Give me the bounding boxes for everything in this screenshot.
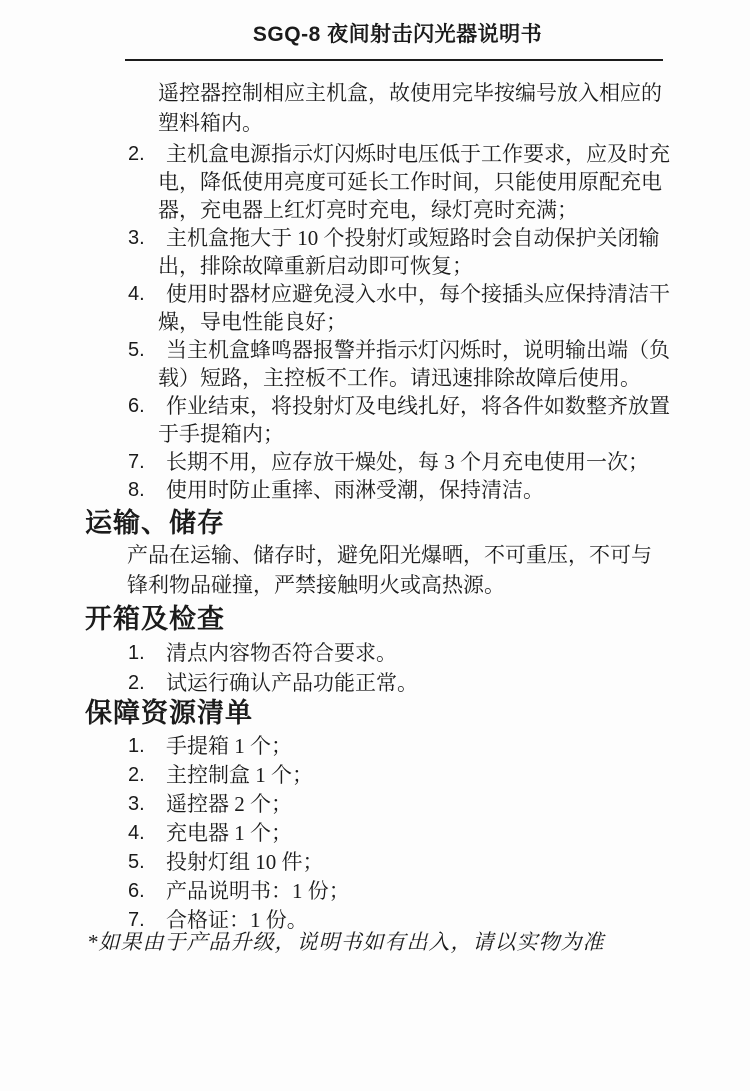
list-item: 4. 使用时器材应避免浸入水中，每个接插头应保持清洁干燥，导电性能良好； (158, 280, 670, 336)
list-item: 4. 充电器 1 个； (158, 819, 670, 848)
list-item: 8. 使用时防止重摔、雨淋受潮，保持清洁。 (158, 476, 670, 504)
item-number: 1. (128, 732, 145, 761)
item-text: 手提箱 1 个； (158, 732, 670, 761)
item-text: 使用时器材应避免浸入水中，每个接插头应保持清洁干燥，导电性能良好； (158, 280, 670, 336)
list-item: 3. 主机盒拖大于 10 个投射灯或短路时会自动保护关闭输出，排除故障重新启动即… (158, 224, 670, 280)
item-number: 3. (128, 224, 145, 252)
item-number: 4. (128, 819, 145, 848)
list-item: 2. 主机盒电源指示灯闪烁时电压低于工作要求，应及时充电，降低使用亮度可延长工作… (158, 140, 670, 224)
list-item: 3. 遥控器 2 个； (158, 790, 670, 819)
item-text: 充电器 1 个； (158, 819, 670, 848)
item-text: 作业结束，将投射灯及电线扎好，将各件如数整齐放置于手提箱内； (158, 392, 670, 448)
item-number: 8. (128, 476, 145, 504)
item-text: 产品说明书：1 份； (158, 877, 670, 906)
item-number: 2. (128, 761, 145, 790)
section-heading-transport-storage: 运输、储存 (85, 506, 750, 540)
item-text: 使用时防止重摔、雨淋受潮，保持清洁。 (158, 476, 670, 504)
intro-paragraph: 遥控器控制相应主机盒，故使用完毕按编号放入相应的塑料箱内。 (158, 78, 665, 138)
section-heading-unboxing-inspection: 开箱及检查 (85, 602, 750, 636)
item-text: 合格证：1 份。 (158, 906, 670, 935)
list-item: 2. 试运行确认产品功能正常。 (158, 668, 670, 698)
transport-paragraph: 产品在运输、储存时，避免阳光爆晒，不可重压，不可与锋利物品碰撞，严禁接触明火或高… (127, 540, 665, 600)
list-item: 5. 投射灯组 10 件； (158, 848, 670, 877)
operation-notes-list: 2. 主机盒电源指示灯闪烁时电压低于工作要求，应及时充电，降低使用亮度可延长工作… (158, 140, 670, 504)
item-number: 7. (128, 448, 145, 476)
section-heading-resource-list: 保障资源清单 (85, 696, 750, 730)
item-number: 5. (128, 848, 145, 877)
item-text: 清点内容物否符合要求。 (158, 638, 670, 668)
item-number: 3. (128, 790, 145, 819)
item-text: 主机盒电源指示灯闪烁时电压低于工作要求，应及时充电，降低使用亮度可延长工作时间，… (158, 140, 670, 224)
list-item: 6. 作业结束，将投射灯及电线扎好，将各件如数整齐放置于手提箱内； (158, 392, 670, 448)
item-number: 6. (128, 392, 145, 420)
title-divider (125, 59, 663, 61)
page-title: SGQ-8 夜间射击闪光器说明书 (0, 0, 750, 48)
resources-list: 1. 手提箱 1 个； 2. 主控制盒 1 个； 3. 遥控器 2 个； 4. … (158, 732, 670, 935)
item-number: 7. (128, 906, 145, 935)
list-item: 5. 当主机盒蜂鸣器报警并指示灯闪烁时，说明输出端（负载）短路，主控板不工作。请… (158, 336, 670, 392)
list-item: 2. 主控制盒 1 个； (158, 761, 670, 790)
item-number: 1. (128, 638, 145, 668)
item-text: 投射灯组 10 件； (158, 848, 670, 877)
manual-page: SGQ-8 夜间射击闪光器说明书 遥控器控制相应主机盒，故使用完毕按编号放入相应… (0, 0, 750, 1091)
unboxing-list: 1. 清点内容物否符合要求。 2. 试运行确认产品功能正常。 (158, 638, 670, 698)
list-item: 1. 手提箱 1 个； (158, 732, 670, 761)
item-text: 试运行确认产品功能正常。 (158, 668, 670, 698)
list-item: 6. 产品说明书：1 份； (158, 877, 670, 906)
item-number: 6. (128, 877, 145, 906)
item-number: 2. (128, 140, 145, 168)
item-number: 4. (128, 280, 145, 308)
list-item: 7. 合格证：1 份。 (158, 906, 670, 935)
item-text: 当主机盒蜂鸣器报警并指示灯闪烁时，说明输出端（负载）短路，主控板不工作。请迅速排… (158, 336, 670, 392)
list-item: 1. 清点内容物否符合要求。 (158, 638, 670, 668)
list-item: 7. 长期不用，应存放干燥处，每 3 个月充电使用一次； (158, 448, 670, 476)
item-number: 2. (128, 668, 145, 698)
item-text: 主控制盒 1 个； (158, 761, 670, 790)
item-number: 5. (128, 336, 145, 364)
item-text: 遥控器 2 个； (158, 790, 670, 819)
item-text: 主机盒拖大于 10 个投射灯或短路时会自动保护关闭输出，排除故障重新启动即可恢复… (158, 224, 670, 280)
item-text: 长期不用，应存放干燥处，每 3 个月充电使用一次； (158, 448, 670, 476)
